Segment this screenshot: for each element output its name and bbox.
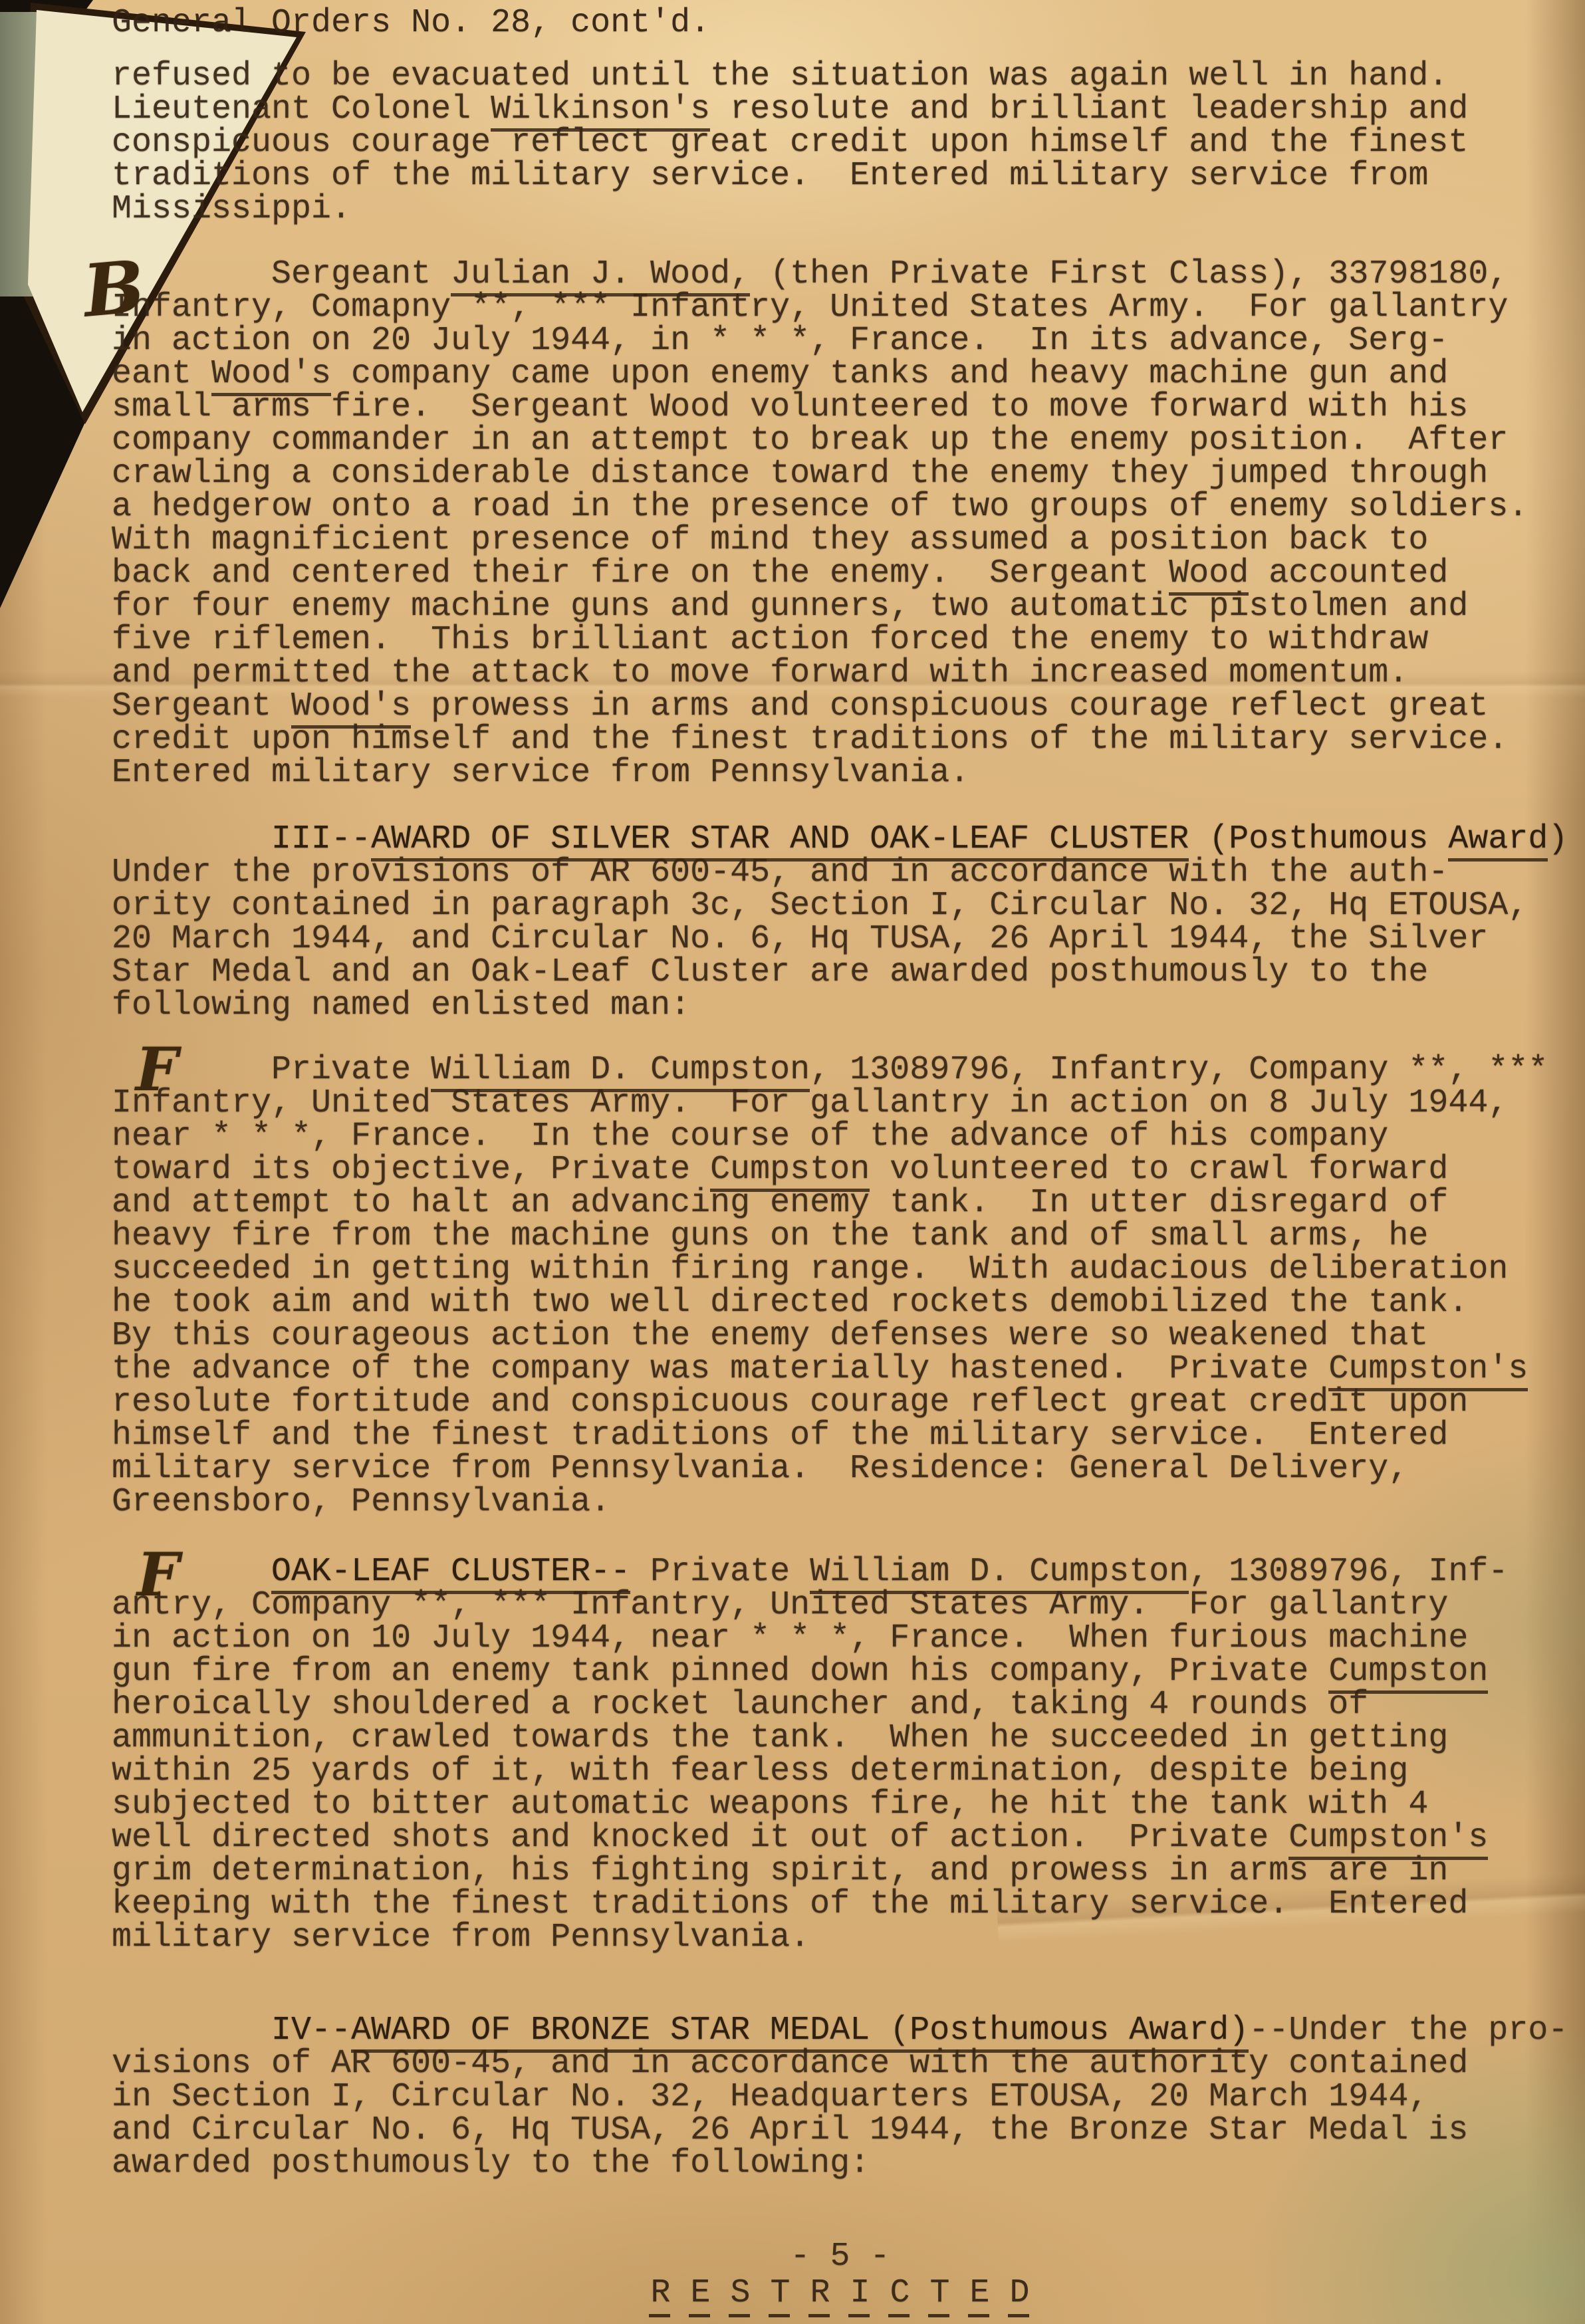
paragraph-wilkinson: refused to be evacuated until the situat… [112,60,1578,226]
paragraph-cumpston-oak-leaf-cluster: OAK-LEAF CLUSTER-- Private William D. Cu… [112,1556,1578,1954]
handwritten-margin-mark: B [80,245,148,333]
text-segment: volunteered to crawl forward and attempt… [112,1151,1508,1388]
text-segment: Sergeant [112,255,451,293]
handwritten-margin-mark: F [137,1540,180,1610]
text-segment: grim determination, his fighting spirit,… [112,1852,1468,1956]
typewritten-text-layer: General Orders No. 28, cont'd. refused t… [0,0,1585,2324]
text-segment: resolute fortitude and conspicuous coura… [112,1383,1468,1521]
handwritten-margin-mark: F [136,1034,178,1105]
text-segment: Under the provisions of AR 600-45, and i… [112,854,1528,1024]
text-segment [112,1553,271,1591]
text-segment: Award [1448,820,1548,862]
text-segment: heroically shouldered a rocket launcher … [112,1686,1448,1857]
text-segment: III-- [112,820,371,858]
heading-bronze-star-award: IV--AWARD OF BRONZE STAR MEDAL (Posthumo… [112,2014,1578,2180]
heading-silver-star-award: III--AWARD OF SILVER STAR AND OAK-LEAF C… [112,823,1578,1022]
paragraph-sergeant-wood: Sergeant Julian J. Wood, (then Private F… [112,258,1578,790]
classification-stamp: R E S T R I C T E D [112,2276,1568,2317]
text-segment: IV-- [112,2012,351,2049]
paragraph-cumpston-silver-star: Private William D. Cumpston, 13089796, I… [112,1054,1578,1519]
page-header: General Orders No. 28, cont'd. [112,5,710,41]
page-number: - 5 - [112,2238,1568,2275]
text-segment: ) [1548,820,1568,858]
text-segment: Private [630,1553,810,1591]
text-segment: (Posthumous [1189,820,1448,858]
